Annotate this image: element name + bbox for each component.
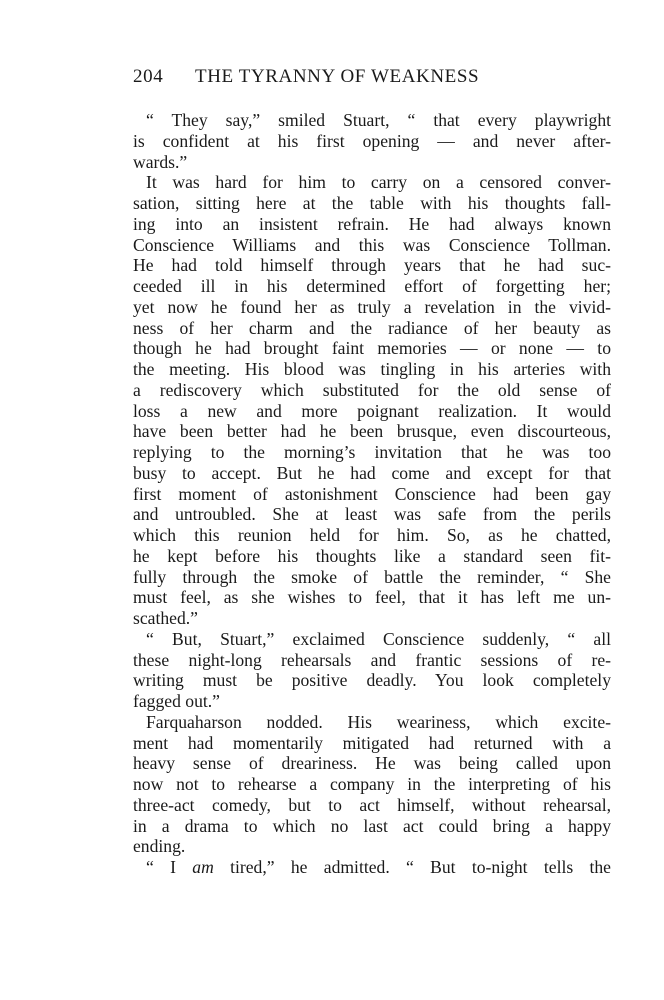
text-line: busy to accept. But he had come and exce… (133, 463, 611, 484)
text-line: “ I am tired,” he admitted. “ But to-nig… (133, 857, 611, 878)
text-line: fagged out.” (133, 691, 611, 712)
text-line: he kept before his thoughts like a stand… (133, 546, 611, 567)
running-header: 204THE TYRANNY OF WEAKNESS (133, 66, 611, 88)
text-line: must feel, as she wishes to feel, that i… (133, 587, 611, 608)
text-line: first moment of astonishment Conscience … (133, 484, 611, 505)
text-line: these night-long rehearsals and frantic … (133, 650, 611, 671)
text-line: yet now he found her as truly a revelati… (133, 297, 611, 318)
text-line: heavy sense of dreariness. He was being … (133, 753, 611, 774)
text-line: He had told himself through years that h… (133, 255, 611, 276)
text-line: “ But, Stuart,” exclaimed Conscience sud… (133, 629, 611, 650)
text-line: fully through the smoke of battle the re… (133, 567, 611, 588)
text-line: a rediscovery which substituted for the … (133, 380, 611, 401)
text-segment: tired,” he admitted. “ But to-night tell… (214, 857, 611, 877)
text-line: three-act comedy, but to act himself, wi… (133, 795, 611, 816)
text-line: now not to rehearse a company in the int… (133, 774, 611, 795)
text-line: replying to the morning’s invitation tha… (133, 442, 611, 463)
text-line: “ They say,” smiled Stuart, “ that every… (133, 110, 611, 131)
text-line: scathed.” (133, 608, 611, 629)
text-line: Conscience Williams and this was Conscie… (133, 235, 611, 256)
text-line: which this reunion held for him. So, as … (133, 525, 611, 546)
text-line: writing must be positive deadly. You loo… (133, 670, 611, 691)
text-line: sation, sitting here at the table with h… (133, 193, 611, 214)
running-title: THE TYRANNY OF WEAKNESS (195, 66, 479, 87)
text-line: and untroubled. She at least was safe fr… (133, 504, 611, 525)
text-line: though he had brought faint memories — o… (133, 338, 611, 359)
text-line: the meeting. His blood was tingling in h… (133, 359, 611, 380)
text-line: ceeded ill in his determined effort of f… (133, 276, 611, 297)
text-line: have been better had he been brusque, ev… (133, 421, 611, 442)
text-line: Farquaharson nodded. His weariness, whic… (133, 712, 611, 733)
text-line: ness of her charm and the radiance of he… (133, 318, 611, 339)
page-number: 204 (133, 66, 195, 88)
body-text: “ They say,” smiled Stuart, “ that every… (133, 110, 611, 878)
book-page: 204THE TYRANNY OF WEAKNESS “ They say,” … (0, 0, 664, 1000)
text-line: in a drama to which no last act could br… (133, 816, 611, 837)
text-line: loss a new and more poignant realization… (133, 401, 611, 422)
text-line: It was hard for him to carry on a censor… (133, 172, 611, 193)
text-line: ment had momentarily mitigated had retur… (133, 733, 611, 754)
emphasized-word: am (192, 857, 214, 877)
text-line: ending. (133, 836, 611, 857)
text-segment: “ I (146, 857, 192, 877)
text-line: ing into an insistent refrain. He had al… (133, 214, 611, 235)
text-line: is confident at his first opening — and … (133, 131, 611, 152)
text-line: wards.” (133, 152, 611, 173)
